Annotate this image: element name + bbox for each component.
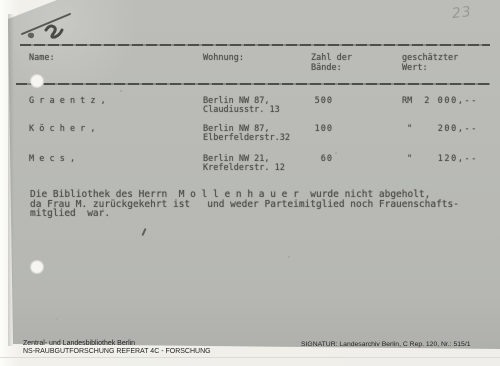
typed-rule-top [20, 44, 490, 46]
note-paragraph: Die Bibliothek des Herrn M o l l e n h a… [30, 190, 459, 219]
footer-org-line2: NS-RAUBGUTFORSCHUNG REFERAT 4C - FORSCHU… [23, 348, 211, 355]
column-header-address: Wohnung: [203, 54, 244, 63]
row-currency: RM [402, 97, 412, 106]
row-volumes: 100 [299, 125, 333, 134]
row-name: K ö c h e r , [29, 125, 96, 134]
scanned-document-page: { "annotations": { "page_number": "23" }… [0, 0, 500, 366]
footer-org-line1: Zentral- und Landesbibliothek Berlin [23, 340, 135, 347]
row-currency: " [407, 125, 412, 134]
row-volumes: 60 [299, 155, 333, 164]
row-value: 120,-- [416, 155, 478, 164]
scan-artifact-line [0, 357, 500, 358]
row-currency: " [407, 155, 412, 164]
row-name: M e c s , [29, 155, 75, 164]
punch-hole-top [30, 74, 44, 88]
row-value: 200,-- [416, 125, 478, 134]
scan-edge-shadow [8, 14, 14, 346]
row-address-line2: Claudiusstr. 13 [203, 106, 280, 115]
footer-library-info: Zentral- und Landesbibliothek Berlin NS-… [23, 340, 211, 355]
typed-rule-middle [16, 83, 490, 85]
handwritten-page-number: 23 [451, 4, 473, 22]
row-address-line2: Elberfelderstr.32 [203, 134, 290, 143]
paper-specks [120, 90, 122, 92]
column-header-value: geschätzter Wert: [402, 54, 458, 73]
handwritten-scribble [16, 6, 78, 44]
row-volumes: 500 [299, 97, 333, 106]
row-address-line2: Krefelderstr. 12 [203, 164, 285, 173]
punch-hole-bottom [30, 260, 44, 274]
column-header-volumes: Zahl der Bände: [311, 54, 352, 73]
footer-signature: SIGNATUR: Landesarchiv Berlin, C Rep. 12… [301, 341, 471, 348]
note-line3: mitglied war. [30, 208, 110, 219]
row-name: G r a e n t z , [29, 97, 106, 106]
column-header-name: Name: [29, 54, 55, 63]
row-value: 2 000,-- [416, 97, 478, 106]
